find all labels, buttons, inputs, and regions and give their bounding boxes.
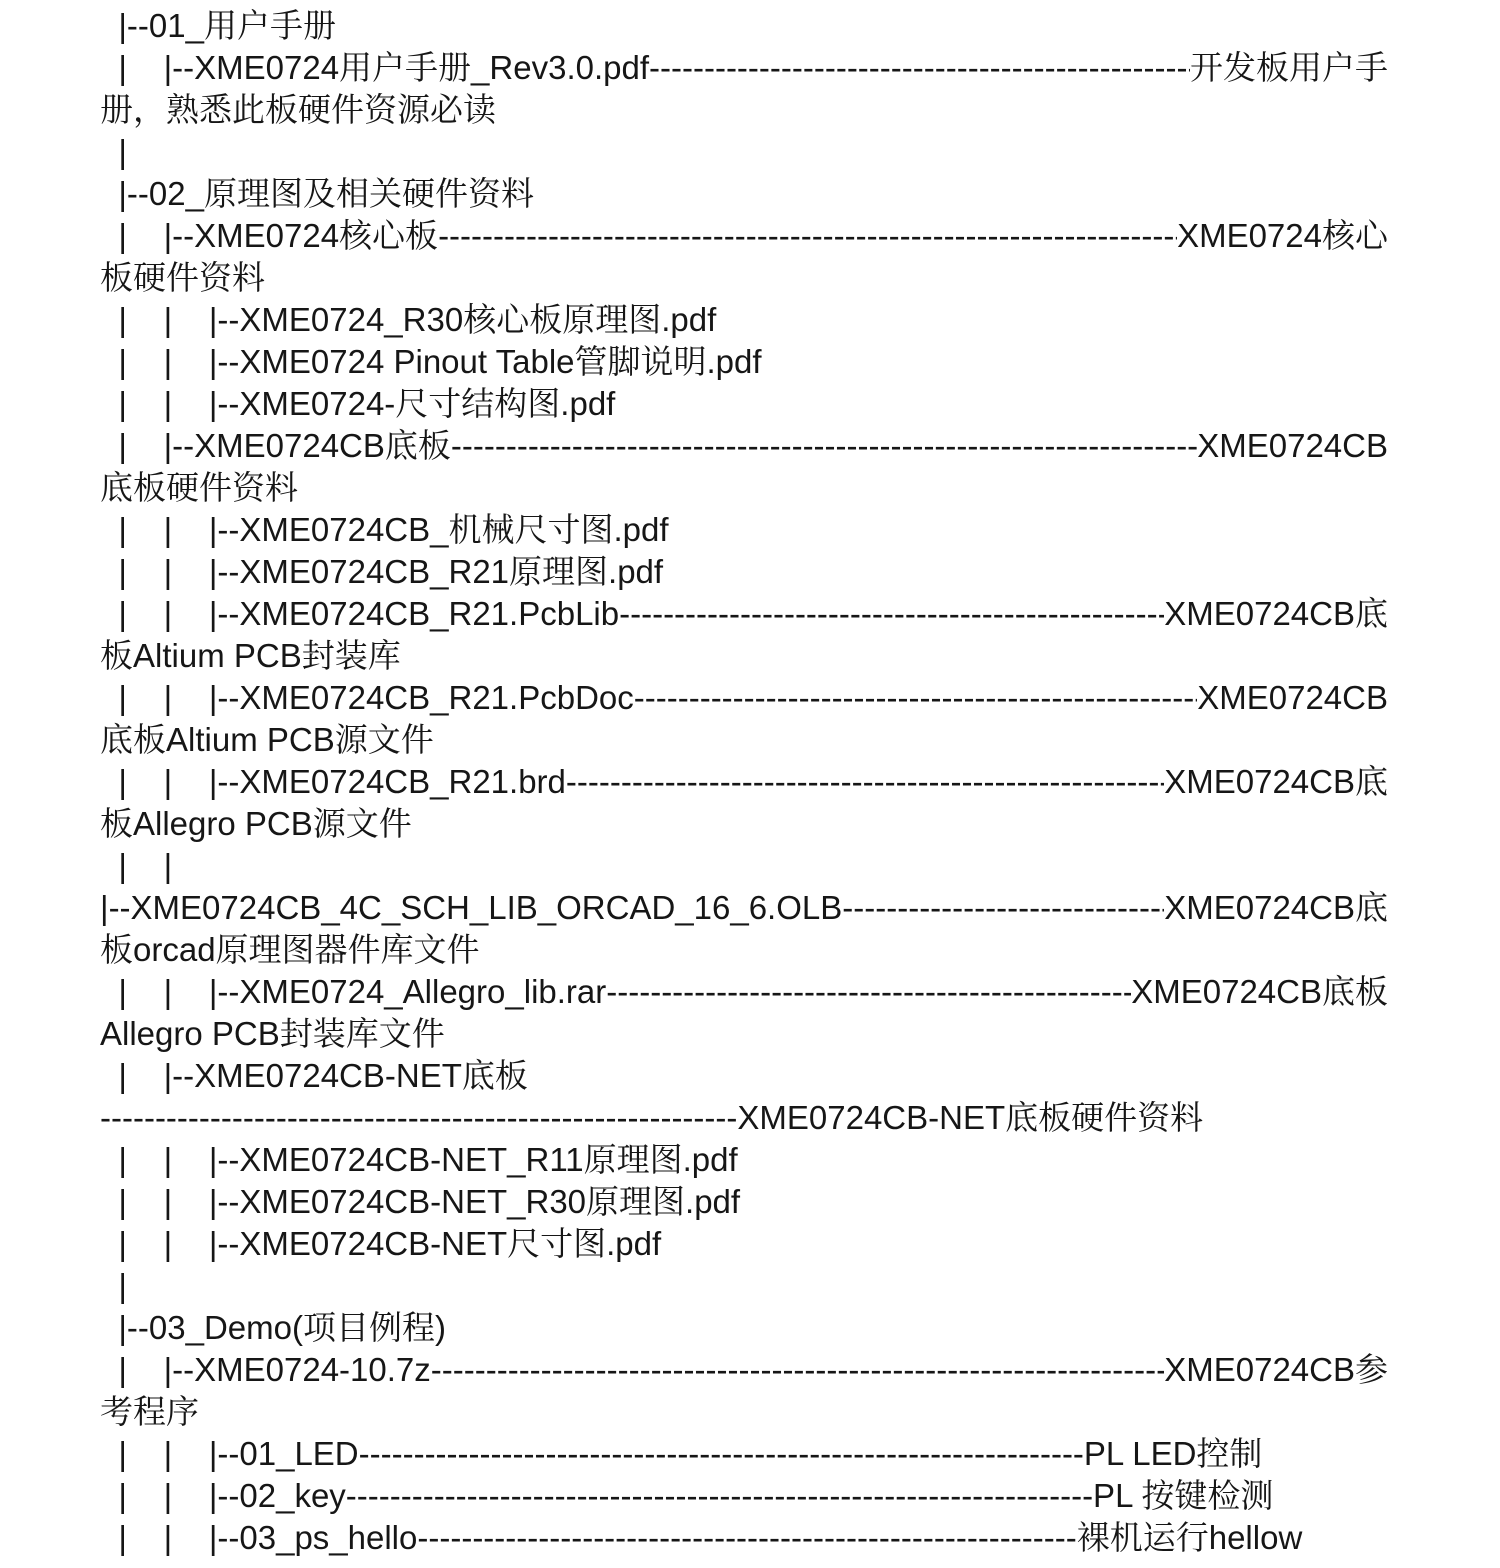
tree-line: | | — [100, 845, 1388, 887]
line-text: | |--XME0724CB底板 — [100, 425, 451, 467]
line-text: |--XME0724CB_4C_SCH_LIB_ORCAD_16_6.OLB — [100, 887, 842, 929]
tree-line: | | |--02_key---------------------------… — [100, 1475, 1388, 1517]
line-text: 板orcad原理图器件库文件 — [100, 929, 480, 971]
line-text: | | |--XME0724CB_R21.PcbLib — [100, 593, 619, 635]
tree-line: | | |--XME0724CB_R21.brd----------------… — [100, 761, 1388, 803]
tree-line: | |--XME0724CB底板------------------------… — [100, 425, 1388, 467]
tree-line: 底板Altium PCB源文件 — [100, 719, 1388, 761]
dash-filler: ----------------------------------------… — [634, 677, 1197, 719]
tree-line: |--01_用户手册 — [100, 5, 1388, 47]
tree-line: |--03_Demo(项目例程) — [100, 1307, 1388, 1349]
line-text: | | |--XME0724_R30核心板原理图.pdf — [100, 299, 716, 341]
line-annotation: XME0724CB底板 — [1131, 971, 1388, 1013]
tree-line: | |--XME0724CB-NET底板 — [100, 1055, 1388, 1097]
tree-line: 板orcad原理图器件库文件 — [100, 929, 1388, 971]
line-text: 考程序 — [100, 1391, 199, 1433]
line-text: ----------------------------------------… — [100, 1097, 1203, 1139]
line-text: | |--XME0724-10.7z — [100, 1349, 431, 1391]
tree-line: |--XME0724CB_4C_SCH_LIB_ORCAD_16_6.OLB--… — [100, 887, 1388, 929]
line-annotation: XME0724CB参 — [1164, 1349, 1388, 1391]
line-text: 底板硬件资料 — [100, 467, 298, 509]
tree-line: | |--XME0724-10.7z----------------------… — [100, 1349, 1388, 1391]
tree-line: | | |--XME0724CB_R21.PcbLib-------------… — [100, 593, 1388, 635]
line-annotation: XME0724CB底 — [1164, 761, 1388, 803]
tree-line: | |--XME0724核心板-------------------------… — [100, 215, 1388, 257]
line-text: 板硬件资料 — [100, 257, 265, 299]
tree-line: 板硬件资料 — [100, 257, 1388, 299]
line-text: | | |--XME0724CB_R21原理图.pdf — [100, 551, 663, 593]
line-text: | | |--XME0724CB-NET_R30原理图.pdf — [100, 1181, 740, 1223]
tree-line: 底板硬件资料 — [100, 467, 1388, 509]
tree-line: | |--XME0724用户手册_Rev3.0.pdf-------------… — [100, 47, 1388, 89]
tree-line: | | |--XME0724_R30核心板原理图.pdf — [100, 299, 1388, 341]
line-text: | | — [100, 845, 172, 887]
line-annotation: XME0724核心 — [1177, 215, 1388, 257]
tree-line: | | |--03_ps_hello----------------------… — [100, 1517, 1388, 1559]
tree-line: 板Allegro PCB源文件 — [100, 803, 1388, 845]
tree-line: | — [100, 1265, 1388, 1307]
tree-line: | | |--XME0724CB_R21.PcbDoc-------------… — [100, 677, 1388, 719]
tree-line: 考程序 — [100, 1391, 1388, 1433]
line-text: | | |--XME0724-尺寸结构图.pdf — [100, 383, 615, 425]
line-text: |--02_原理图及相关硬件资料 — [100, 173, 534, 215]
line-annotation: XME0724CB — [1197, 425, 1388, 467]
dash-filler: ----------------------------------------… — [451, 425, 1197, 467]
line-text: | | |--XME0724_Allegro_lib.rar — [100, 971, 606, 1013]
tree-line: | | |--XME0724 Pinout Table管脚说明.pdf — [100, 341, 1388, 383]
tree-line: ----------------------------------------… — [100, 1097, 1388, 1139]
line-annotation: XME0724CB底 — [1164, 887, 1388, 929]
tree-line: | | |--XME0724_Allegro_lib.rar----------… — [100, 971, 1388, 1013]
dash-filler: ----------------------------------------… — [431, 1349, 1164, 1391]
dash-filler: ----------------------------------------… — [619, 593, 1164, 635]
document-page: |--01_用户手册 | |--XME0724用户手册_Rev3.0.pdf--… — [0, 0, 1500, 1568]
tree-line: | | |--XME0724CB-NET_R30原理图.pdf — [100, 1181, 1388, 1223]
line-annotation: XME0724CB底 — [1164, 593, 1388, 635]
line-text: |--01_用户手册 — [100, 5, 336, 47]
line-text: | | |--03_ps_hello----------------------… — [100, 1517, 1302, 1559]
line-text: | |--XME0724用户手册_Rev3.0.pdf — [100, 47, 649, 89]
line-text: Allegro PCB封装库文件 — [100, 1013, 445, 1055]
tree-line: | — [100, 131, 1388, 173]
dash-filler: ----------------------------------------… — [842, 887, 1164, 929]
line-text: | |--XME0724核心板 — [100, 215, 438, 257]
line-text: | — [100, 1265, 127, 1307]
dash-filler: ----------------------------------------… — [438, 215, 1177, 257]
tree-line: | | |--01_LED---------------------------… — [100, 1433, 1388, 1475]
tree-line: | | |--XME0724CB-NET_R11原理图.pdf — [100, 1139, 1388, 1181]
tree-line: | | |--XME0724-尺寸结构图.pdf — [100, 383, 1388, 425]
dash-filler: ----------------------------------------… — [649, 47, 1190, 89]
tree-line: 板Altium PCB封装库 — [100, 635, 1388, 677]
tree-line: | | |--XME0724CB-NET尺寸图.pdf — [100, 1223, 1388, 1265]
line-text: | |--XME0724CB-NET底板 — [100, 1055, 528, 1097]
file-tree-document: |--01_用户手册 | |--XME0724用户手册_Rev3.0.pdf--… — [0, 0, 1500, 1568]
line-text: 板Altium PCB封装库 — [100, 635, 401, 677]
line-text: | | |--XME0724CB-NET_R11原理图.pdf — [100, 1139, 738, 1181]
tree-line: |--02_原理图及相关硬件资料 — [100, 173, 1388, 215]
tree-line: Allegro PCB封装库文件 — [100, 1013, 1388, 1055]
line-text: | | |--XME0724CB-NET尺寸图.pdf — [100, 1223, 661, 1265]
tree-line: | | |--XME0724CB_R21原理图.pdf — [100, 551, 1388, 593]
line-text: 底板Altium PCB源文件 — [100, 719, 434, 761]
line-text: | | |--02_key---------------------------… — [100, 1475, 1273, 1517]
line-text: | | |--XME0724CB_机械尺寸图.pdf — [100, 509, 669, 551]
line-annotation: 开发板用户手 — [1190, 47, 1388, 89]
tree-line: 册，熟悉此板硬件资源必读 — [100, 89, 1388, 131]
tree-line: | | |--XME0724CB_机械尺寸图.pdf — [100, 509, 1388, 551]
line-text: 册，熟悉此板硬件资源必读 — [100, 89, 496, 131]
line-text: | | |--XME0724 Pinout Table管脚说明.pdf — [100, 341, 762, 383]
line-annotation: XME0724CB — [1197, 677, 1388, 719]
line-text: |--03_Demo(项目例程) — [100, 1307, 446, 1349]
line-text: | | |--XME0724CB_R21.brd — [100, 761, 566, 803]
dash-filler: ----------------------------------------… — [606, 971, 1131, 1013]
line-text: | | |--XME0724CB_R21.PcbDoc — [100, 677, 634, 719]
line-text: | — [100, 131, 127, 173]
line-text: 板Allegro PCB源文件 — [100, 803, 412, 845]
line-text: | | |--01_LED---------------------------… — [100, 1433, 1262, 1475]
dash-filler: ----------------------------------------… — [566, 761, 1164, 803]
